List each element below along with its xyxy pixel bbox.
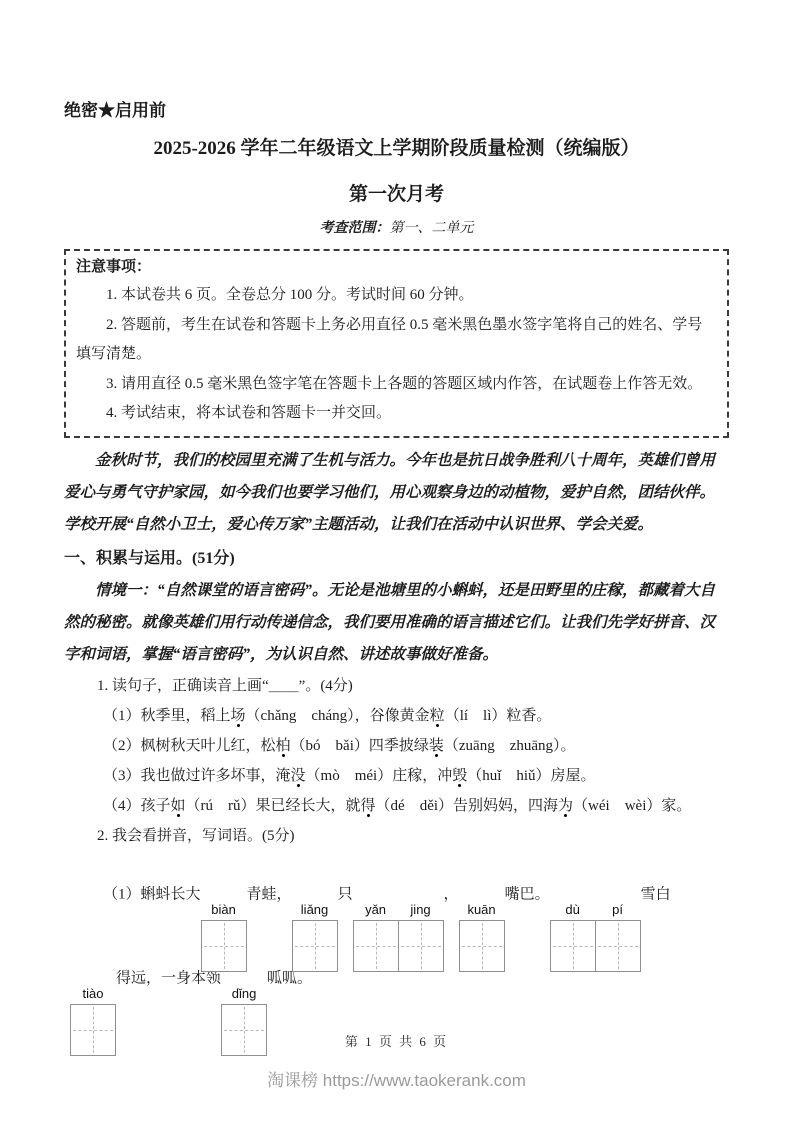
exam-scope-value: 第一、二单元 [390,221,474,236]
grid-vertical-line [224,923,225,969]
exam-name: 第一次月考 [64,182,729,208]
emphasized-char: 得 [361,798,376,814]
pinyin-label: dù [565,902,579,920]
page-number: 第 1 页 共 6 页 [0,1031,793,1050]
emphasized-char: 如 [171,798,186,814]
character-writing-box [550,920,596,972]
q2-text: ， [444,886,459,902]
q1-text: （1）秋季里，稻上 [103,708,231,724]
character-writing-box [201,920,247,972]
q2-text: 只 [338,886,353,902]
writing-box-group: liǎng [292,902,338,972]
grid-vertical-line [315,923,316,969]
q1-text: （2）枫树秋天叶儿红，松 [103,738,276,754]
q1-text: （4）孩子 [103,798,171,814]
character-writing-box [353,920,399,972]
grid-vertical-line [573,923,574,969]
question1-stem: 1. 读句子，正确读音上画“＿＿”。(4分) [97,671,729,701]
grid-vertical-line [421,923,422,969]
q2-text: 呱呱。 [267,970,312,986]
page-content: 绝密★启用前 2025-2026 学年二年级语文上学期阶段质量检测（统编版） 第… [0,0,793,1015]
watermark: 淘课榜 https://www.taokerank.com [0,1066,793,1091]
notice-heading: 注意事项： [76,254,717,281]
q1-text: （huǐ hiǔ）房屋。 [467,768,595,784]
notice-item: 3. 请用直径 0.5 毫米黑色签字笔在答题卡上各题的答题区域内作答，在试题卷上… [76,370,717,400]
intro-paragraph: 金秋时节，我们的校园里充满了生机与活力。今年也是抗日战争胜利八十周年，英雄们曾用… [64,445,729,541]
security-label: 绝密★启用前 [64,100,729,122]
q2-text: 得远，一身本领 [116,970,221,986]
question2-stem: 2. 我会看拼音，写词语。(5分) [97,821,729,851]
pinyin-label: tiào [83,986,104,1004]
exam-scope: 考查范围：第一、二单元 [64,220,729,238]
q1-text: （bó bǎi）四季披绿 [291,738,429,754]
writing-box-cell: dù [550,902,596,972]
pinyin-label: pí [612,902,623,920]
pinyin-label: yǎn [365,902,386,920]
emphasized-char: 没 [291,768,306,784]
writing-box-cell: pí [595,902,641,972]
emphasized-char: 毁 [452,768,467,784]
writing-box-group: yǎnjing [353,902,444,972]
writing-box-group: dùpí [550,902,641,972]
q2-text: （1）蝌蚪长大 [103,886,201,902]
question1-items: （1）秋季里，稻上场（chǎng cháng），谷像黄金粒（lí lì）粒香。（… [64,701,729,821]
emphasized-char: 柏 [276,738,291,754]
q1-item: （4）孩子如（rú rǔ）果已经长大，就得（dé děi）告别妈妈，四海为（wé… [103,791,729,821]
q1-text: （rú rǔ）果已经长大，就 [186,798,361,814]
notice-item: 4. 考试结束，将本试卷和答题卡一并交回。 [76,399,717,429]
q1-text: （chǎng cháng），谷像黄金 [246,708,430,724]
pinyin-label: liǎng [301,902,328,920]
grid-vertical-line [376,923,377,969]
emphasized-char: 装 [429,738,444,754]
writing-box-cell: biàn [201,902,247,972]
q1-text: （3）我也做过许多坏事，淹 [103,768,291,784]
q2-line: （1）蝌蚪长大biàn青蛙，liǎng只yǎnjing，kuān嘴巴。dùpí雪… [103,857,729,931]
notice-box: 注意事项： 1. 本试卷共 6 页。全卷总分 100 分。考试时间 60 分钟。… [64,249,729,438]
grid-vertical-line [618,923,619,969]
emphasized-char: 为 [558,798,573,814]
writing-box-group: biàn [201,902,247,972]
character-writing-box [595,920,641,972]
writing-box-cell: jing [398,902,444,972]
emphasized-char: 场 [231,708,246,724]
writing-box-group: kuān [459,902,505,972]
q1-item: （1）秋季里，稻上场（chǎng cháng），谷像黄金粒（lí lì）粒香。 [103,701,729,731]
q1-text: （lí lì）粒香。 [445,708,552,724]
q1-text: （dé děi）告别妈妈，四海 [376,798,558,814]
q1-text: （mò méi）庄稼，冲 [306,768,453,784]
pinyin-label: biàn [211,902,236,920]
q1-text: （wéi wèi）家。 [573,798,691,814]
section1-heading: 一、积累与运用。(51分) [64,544,729,574]
exam-paper-page: 绝密★启用前 2025-2026 学年二年级语文上学期阶段质量检测（统编版） 第… [0,0,793,1122]
writing-box-cell: liǎng [292,902,338,972]
paper-title: 2025-2026 学年二年级语文上学期阶段质量检测（统编版） [64,136,729,162]
q1-item: （3）我也做过许多坏事，淹没（mò méi）庄稼，冲毁（huǐ hiǔ）房屋。 [103,761,729,791]
emphasized-char: 粒 [430,708,445,724]
writing-box-cell: kuān [459,902,505,972]
pinyin-label: kuān [467,902,495,920]
scenario-paragraph: 情境一：“自然课堂的语言密码”。无论是池塘里的小蝌蚪，还是田野里的庄稼，都藏着大… [64,575,729,671]
pinyin-label: jing [410,902,430,920]
q2-text: 雪白 [641,886,671,902]
q1-item: （2）枫树秋天叶儿红，松柏（bó bǎi）四季披绿装（zuāng zhuāng）… [103,731,729,761]
notice-item: 2. 答题前，考生在试卷和答题卡上务必用直径 0.5 毫米黑色墨水签字笔将自己的… [76,311,717,370]
q2-text: 嘴巴。 [505,886,550,902]
grid-vertical-line [482,923,483,969]
exam-scope-label: 考查范围： [320,221,390,236]
character-writing-box [292,920,338,972]
q1-text: （zuāng zhuāng）。 [444,738,576,754]
character-writing-box [459,920,505,972]
question2-lines: （1）蝌蚪长大biàn青蛙，liǎng只yǎnjing，kuān嘴巴。dùpí雪… [64,857,729,1015]
writing-box-cell: yǎn [353,902,399,972]
notice-item: 1. 本试卷共 6 页。全卷总分 100 分。考试时间 60 分钟。 [76,281,717,311]
q2-text: 青蛙， [247,886,292,902]
notice-items: 1. 本试卷共 6 页。全卷总分 100 分。考试时间 60 分钟。2. 答题前… [76,281,717,429]
pinyin-label: dǐng [232,986,257,1004]
character-writing-box [398,920,444,972]
